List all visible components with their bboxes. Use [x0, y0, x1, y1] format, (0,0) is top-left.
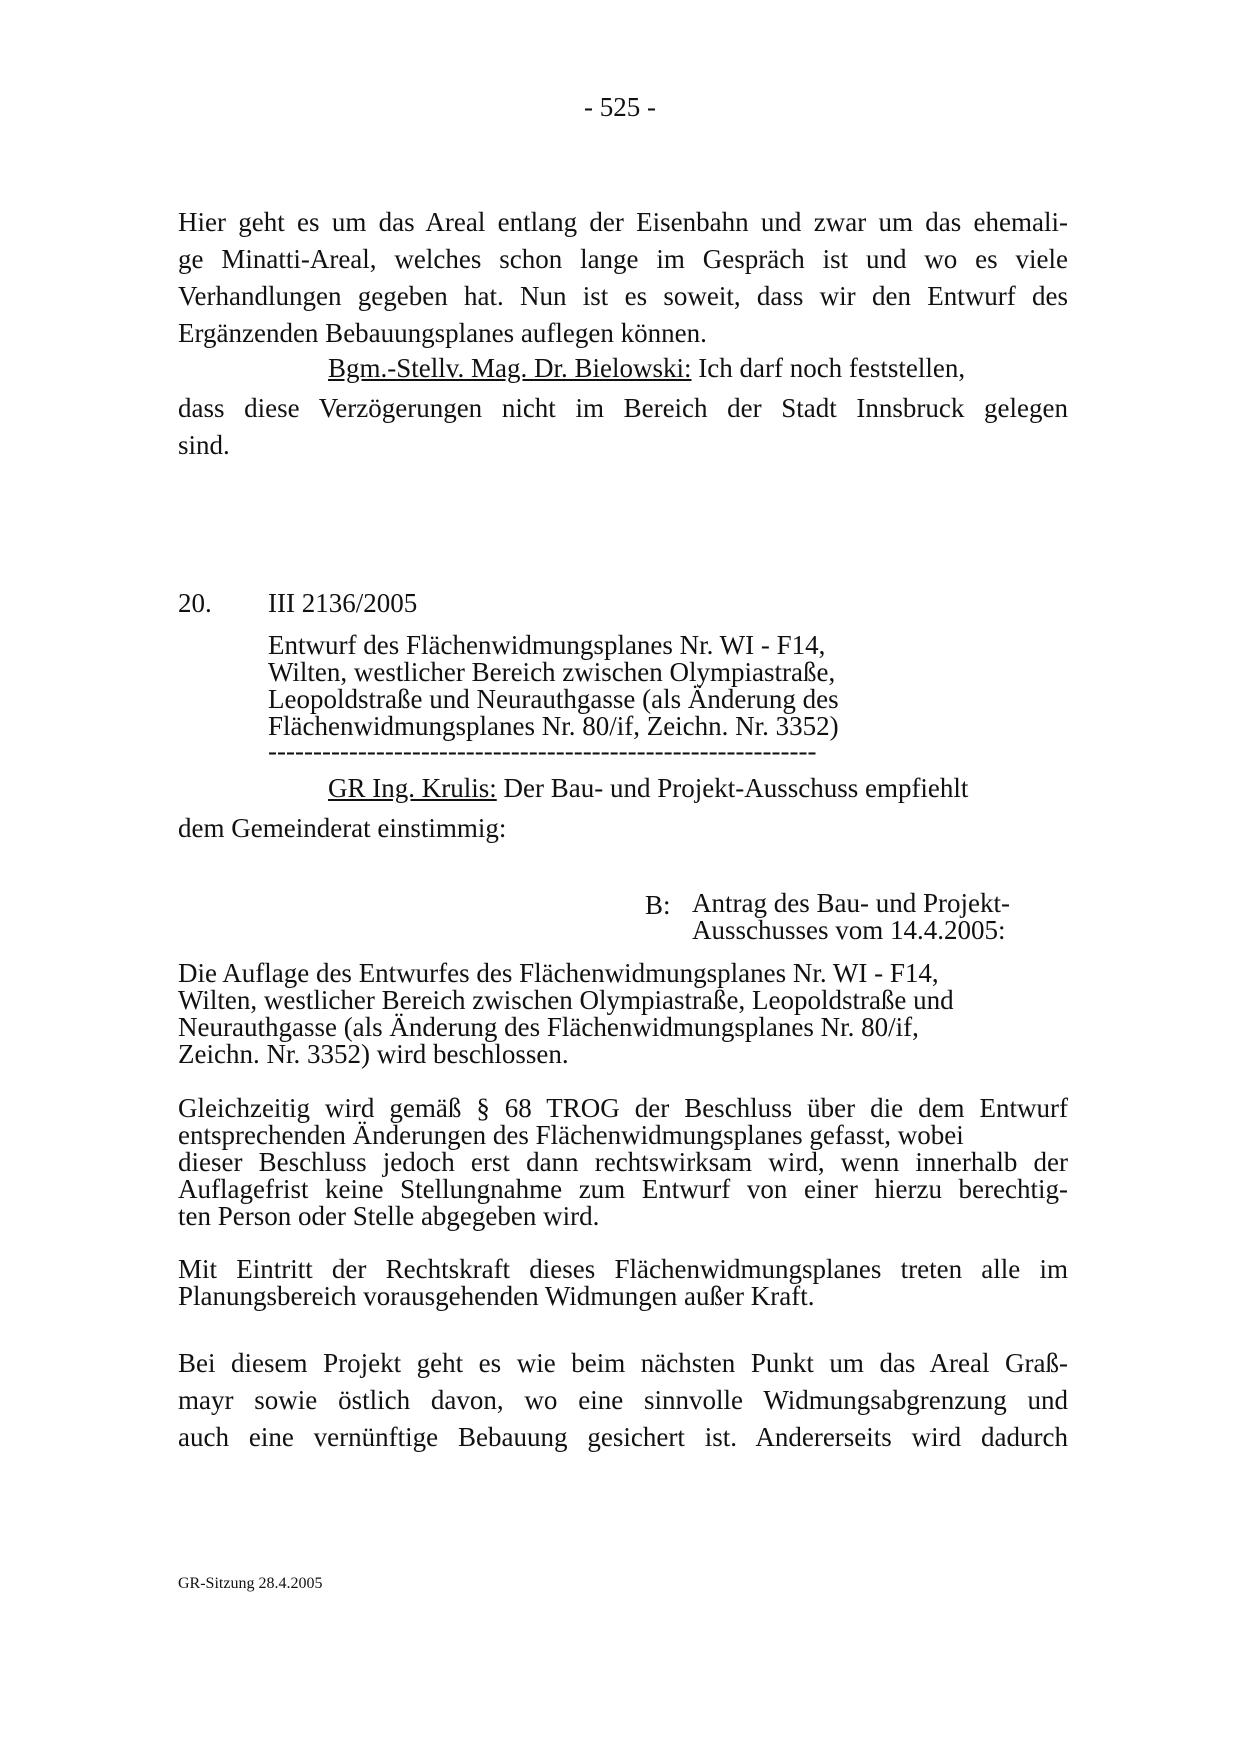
text-line: Gleichzeitig wird gemäß § 68 TROG der Be… — [178, 1095, 1068, 1122]
text-line: Hier geht es um das Areal entlang der Ei… — [178, 204, 1068, 241]
intro-paragraph: Hier geht es um das Areal entlang der Ei… — [178, 204, 1068, 352]
text-line: dieser Beschluss jedoch erst dann rechts… — [178, 1149, 1068, 1176]
text-line: entsprechenden Änderungen des Flächenwid… — [178, 1122, 1068, 1149]
title-line: Entwurf des Flächenwidmungsplanes Nr. WI… — [268, 632, 839, 659]
agenda-item-number: 20. — [178, 588, 212, 619]
text-line: Die Auflage des Entwurfes des Flächenwid… — [178, 960, 1068, 987]
motion-text: Antrag des Bau- und Projekt- Ausschusses… — [692, 890, 1010, 944]
resolution-paragraph-3: Mit Eintritt der Rechtskraft dieses Fläc… — [178, 1256, 1068, 1310]
agenda-item-title: Entwurf des Flächenwidmungsplanes Nr. WI… — [268, 632, 839, 740]
motion-label: B: — [645, 890, 671, 921]
separator-line: ----------------------------------------… — [268, 736, 816, 767]
speaker-name: GR Ing. Krulis: — [328, 773, 497, 803]
motion-line: Antrag des Bau- und Projekt- — [692, 890, 1010, 917]
footer: GR-Sitzung 28.4.2005 — [178, 1575, 322, 1593]
text-line: Wilten, westlicher Bereich zwischen Olym… — [178, 987, 1068, 1014]
speaker-text: Ich darf noch feststellen, — [692, 353, 966, 383]
text-line: ge Minatti-Areal, welches schon lange im… — [178, 241, 1068, 278]
closing-paragraph: Bei diesem Projekt geht es wie beim näch… — [178, 1345, 1068, 1456]
text-line: mayr sowie östlich davon, wo eine sinnvo… — [178, 1382, 1068, 1419]
resolution-paragraph-2: Gleichzeitig wird gemäß § 68 TROG der Be… — [178, 1095, 1068, 1230]
text-line: sind. — [178, 427, 1068, 464]
text-line: Zeichn. Nr. 3352) wird beschlossen. — [178, 1041, 1068, 1068]
text-line: Verhandlungen gegeben hat. Nun ist es so… — [178, 278, 1068, 315]
text-line: Auflagefrist keine Stellungnahme zum Ent… — [178, 1176, 1068, 1203]
text-line: Ergänzenden Bebauungsplanes auflegen kön… — [178, 315, 1068, 352]
speaker2-line: GR Ing. Krulis: Der Bau- und Projekt-Aus… — [328, 773, 968, 804]
text-line: dass diese Verzögerungen nicht im Bereic… — [178, 390, 1068, 427]
text-line: Mit Eintritt der Rechtskraft dieses Fläc… — [178, 1256, 1068, 1283]
speaker1-line: Bgm.-Stellv. Mag. Dr. Bielowski: Ich dar… — [328, 353, 965, 384]
speaker1-paragraph: dass diese Verzögerungen nicht im Bereic… — [178, 390, 1068, 464]
title-line: Wilten, westlicher Bereich zwischen Olym… — [268, 659, 839, 686]
text-line: auch eine vernünftige Bebauung gesichert… — [178, 1419, 1068, 1456]
text-line: ten Person oder Stelle abgegeben wird. — [178, 1203, 1068, 1230]
speaker-name: Bgm.-Stellv. Mag. Dr. Bielowski: — [328, 353, 692, 383]
text-line: Neurauthgasse (als Änderung des Flächenw… — [178, 1014, 1068, 1041]
agenda-item-reference: III 2136/2005 — [268, 588, 417, 619]
title-line: Leopoldstraße und Neurauthgasse (als Änd… — [268, 686, 839, 713]
speaker2-continuation: dem Gemeinderat einstimmig: — [178, 813, 506, 844]
text-line: Planungsbereich vorausgehenden Widmungen… — [178, 1283, 1068, 1310]
page-number: - 525 - — [0, 92, 1240, 123]
text-line: Bei diesem Projekt geht es wie beim näch… — [178, 1345, 1068, 1382]
resolution-paragraph-1: Die Auflage des Entwurfes des Flächenwid… — [178, 960, 1068, 1068]
speaker-text: Der Bau- und Projekt-Ausschuss empfiehlt — [497, 773, 969, 803]
motion-line: Ausschusses vom 14.4.2005: — [692, 917, 1010, 944]
